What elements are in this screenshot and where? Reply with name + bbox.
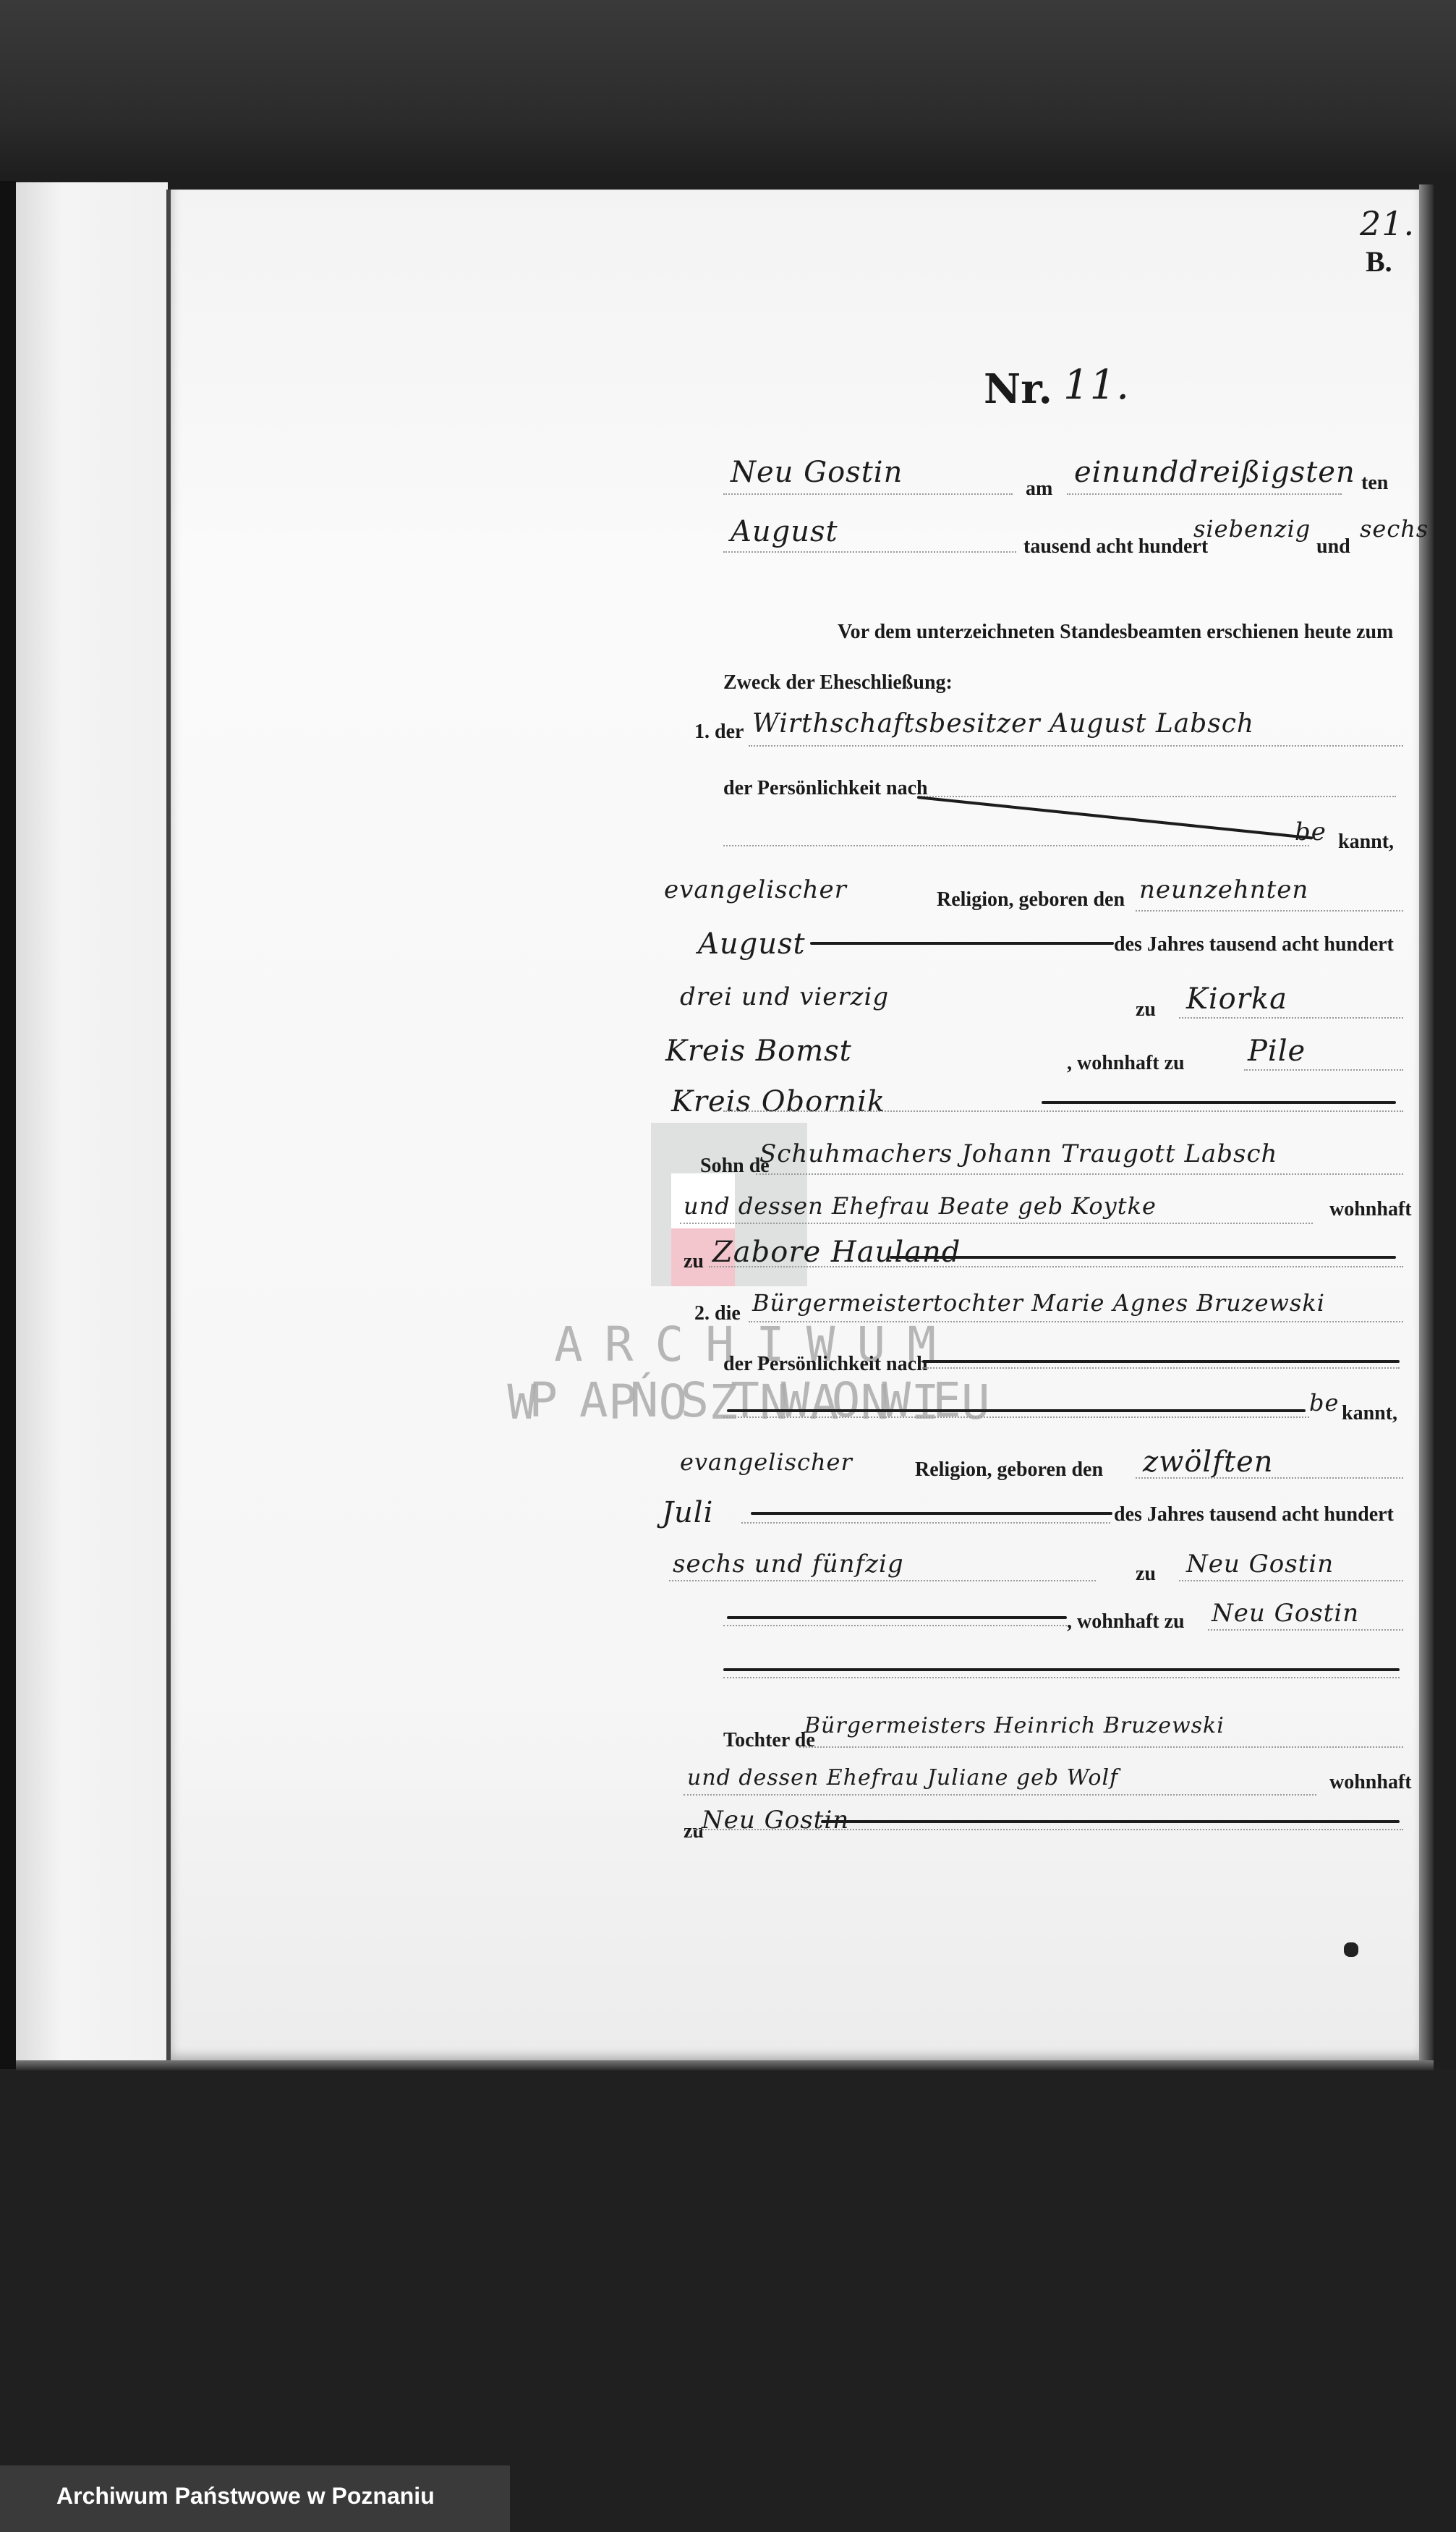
registry-place: Neu Gostin <box>731 456 903 489</box>
date-day: einunddreißigsten <box>1074 456 1355 489</box>
dotted-line <box>1179 1580 1403 1581</box>
groom-residence: Pile <box>1248 1035 1306 1068</box>
groom-residence-district: Kreis Obornik <box>671 1085 885 1118</box>
record-number: 11. <box>1063 362 1130 409</box>
bride-religion-label: Religion, geboren den <box>915 1458 1103 1482</box>
bride-identity-label: der Persönlichkeit nach <box>723 1353 928 1376</box>
bride-zu-label: zu <box>1136 1563 1156 1586</box>
print-ten: ten <box>1361 472 1388 495</box>
archive-watermark-line2: W POZNANIU <box>506 1375 1013 1430</box>
folio-number: 21. <box>1360 204 1415 243</box>
groom-zu2-label: zu <box>684 1250 704 1273</box>
bride-mother: und dessen Ehefrau Juliane geb Wolf <box>687 1765 1118 1790</box>
dotted-line <box>709 1266 1403 1267</box>
groom-mother: und dessen Ehefrau Beate geb Koytke <box>684 1192 1157 1220</box>
bride-birth-year: sechs und fünfzig <box>673 1550 904 1579</box>
date-unit: sechs <box>1360 515 1429 543</box>
bride-residence: Neu Gostin <box>1212 1599 1359 1628</box>
groom-birth-day: neunzehnten <box>1139 875 1308 904</box>
bride-prefix: 2. die <box>694 1302 741 1325</box>
groom-father: Schuhmachers Johann Traugott Labsch <box>759 1139 1277 1168</box>
date-month: August <box>731 515 838 548</box>
groom-residing-label: , wohnhaft zu <box>1067 1052 1185 1075</box>
bride-zu2-label: zu <box>684 1820 704 1843</box>
bride-daughter-of-label: Tochter de <box>723 1729 815 1752</box>
groom-birth-place: Kiorka <box>1186 982 1287 1016</box>
groom-residing2-label: wohnhaft <box>1329 1198 1412 1221</box>
strike-stroke <box>727 1616 1067 1619</box>
strike-stroke <box>922 1360 1400 1363</box>
date-decade: siebenzig <box>1193 515 1311 543</box>
dotted-line <box>723 1416 1309 1418</box>
groom-religion-label: Religion, geboren den <box>937 888 1125 912</box>
groom-prefix: 1. der <box>694 721 744 744</box>
dotted-line <box>723 1110 1403 1112</box>
print-year: tausend acht hundert <box>1023 535 1208 558</box>
bride-known-hand: be <box>1309 1389 1339 1416</box>
groom-birth-district: Kreis Bomst <box>665 1035 852 1068</box>
groom-known-label: kannt, <box>1338 830 1394 854</box>
bride-birth-day: zwölften <box>1143 1445 1274 1479</box>
groom-religion: evangelischer <box>664 875 847 904</box>
facing-page-strip <box>16 182 168 2062</box>
print-und: und <box>1316 535 1350 558</box>
bride-name: Bürgermeistertochter Marie Agnes Bruzews… <box>752 1289 1325 1317</box>
dotted-line <box>723 551 1016 553</box>
dotted-line <box>723 845 1309 846</box>
dotted-line <box>723 1677 1400 1678</box>
groom-identity-label: der Persönlichkeit nach <box>723 777 928 800</box>
intro-line-1: Vor dem unterzeichneten Standesbeamten e… <box>838 621 1393 644</box>
groom-name: Wirthschaftsbesitzer August Labsch <box>752 709 1254 739</box>
strike-stroke <box>1042 1101 1396 1104</box>
dotted-line <box>741 1522 1110 1524</box>
dotted-line <box>1244 1069 1403 1071</box>
bride-year-label: des Jahres tausend acht hundert <box>1114 1503 1394 1526</box>
dotted-line <box>922 1367 1400 1369</box>
strike-stroke <box>821 1820 1400 1823</box>
dotted-line <box>723 1625 1067 1626</box>
dotted-line <box>694 1829 1403 1830</box>
bride-birth-month: Juli <box>662 1496 713 1529</box>
bride-father: Bürgermeisters Heinrich Bruzewski <box>804 1713 1225 1738</box>
strike-stroke <box>723 1668 1400 1671</box>
dotted-line <box>723 493 1013 495</box>
bride-birth-place: Neu Gostin <box>1186 1550 1334 1579</box>
dotted-line <box>799 1746 1403 1748</box>
groom-birth-month: August <box>698 927 806 961</box>
strike-stroke <box>751 1512 1112 1515</box>
scan-top-background <box>0 0 1456 174</box>
dotted-line <box>756 1173 1403 1175</box>
record-label: Nr. <box>984 365 1052 413</box>
groom-parents-residence: Zabore Hauland <box>712 1236 961 1269</box>
page-bottom-edge <box>16 2060 1434 2070</box>
dotted-line <box>1208 1629 1403 1631</box>
dotted-line <box>1136 1477 1403 1479</box>
dotted-line <box>1136 910 1403 912</box>
strike-stroke <box>890 1256 1396 1259</box>
groom-known-hand: be <box>1295 817 1327 846</box>
dotted-line <box>1179 1017 1403 1019</box>
dotted-line <box>1067 493 1342 495</box>
dotted-line <box>749 745 1403 747</box>
intro-line-2: Zweck der Eheschließung: <box>723 671 953 694</box>
strike-stroke <box>810 942 1114 945</box>
dotted-line <box>669 1580 1096 1581</box>
archive-footer-label: Archiwum Państwowe w Poznaniu <box>56 2483 435 2510</box>
groom-zu-label: zu <box>1136 998 1156 1021</box>
page-right-edge <box>1419 184 1434 2069</box>
ink-blot <box>1344 1942 1358 1957</box>
bride-religion: evangelischer <box>680 1448 853 1476</box>
scan-left-edge <box>0 181 16 2069</box>
dotted-line <box>680 1223 1313 1224</box>
print-am: am <box>1026 477 1052 501</box>
bride-residing2-label: wohnhaft <box>1329 1771 1412 1794</box>
sheet-letter: B. <box>1366 245 1392 279</box>
groom-birth-year: drei und vierzig <box>680 982 889 1011</box>
dotted-line <box>749 1321 1403 1322</box>
groom-year-label: des Jahres tausend acht hundert <box>1114 933 1394 956</box>
dotted-line <box>919 796 1396 797</box>
bride-residing-label: , wohnhaft zu <box>1067 1610 1185 1634</box>
scan-bottom-background <box>0 2069 1456 2532</box>
bride-known-label: kannt, <box>1342 1402 1397 1425</box>
strike-stroke <box>727 1409 1306 1412</box>
dotted-line <box>684 1794 1316 1796</box>
